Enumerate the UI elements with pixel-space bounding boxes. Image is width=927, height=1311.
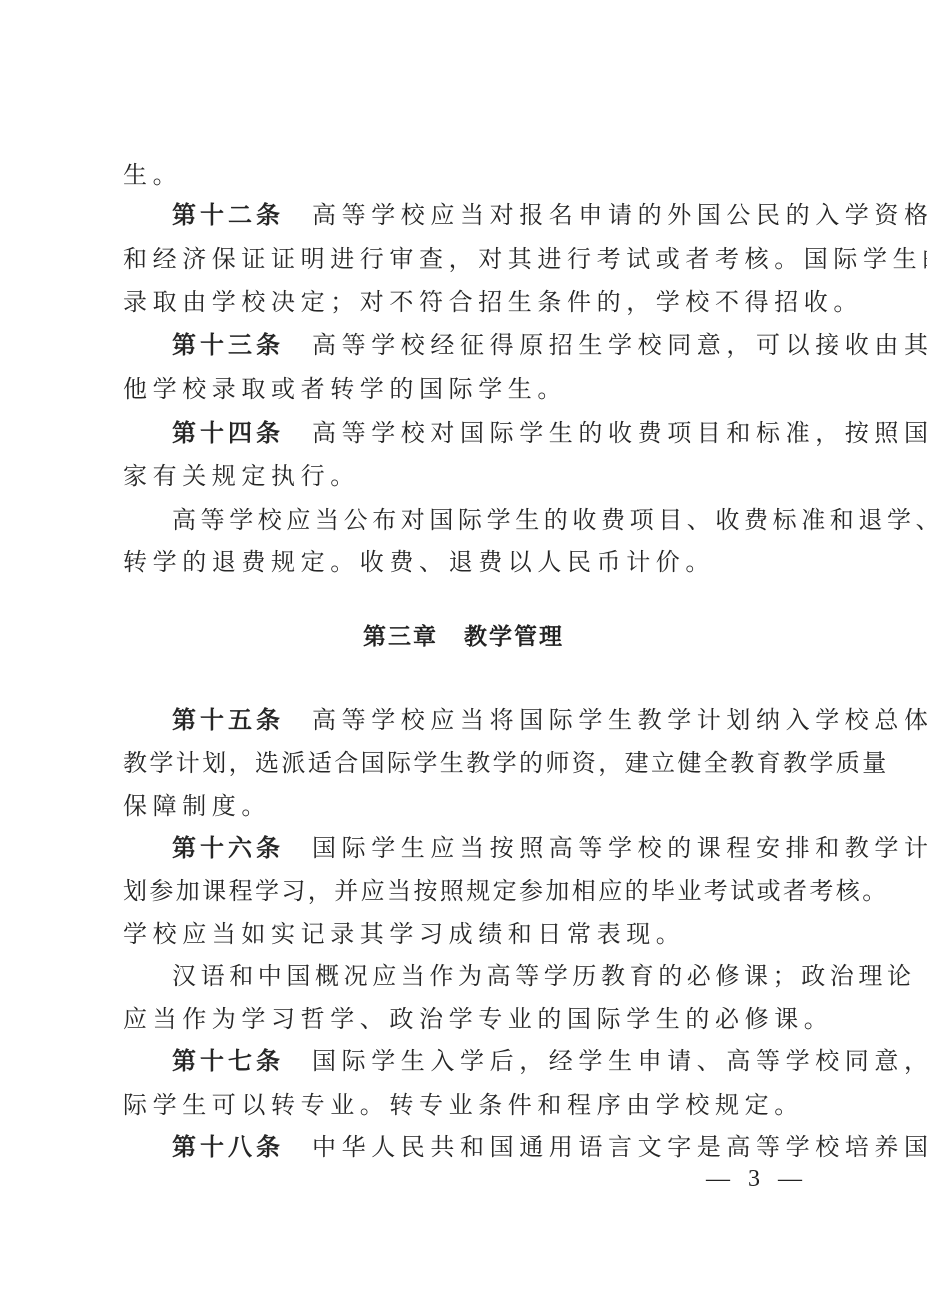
article-number: 第十八条 [172,1133,284,1161]
text-line: 生。 [123,160,803,190]
chapter-title: 教学管理 [464,624,564,650]
article-13-line: 第十三条高等学校经征得原招生学校同意，可以接收由其 [172,330,852,360]
text-line: 录取由学校决定；对不符合招生条件的，学校不得招收。 [123,287,803,317]
article-number: 第十七条 [172,1047,284,1075]
document-page: 生。 第十二条高等学校应当对报名申请的外国公民的入学资格 和经济保证证明进行审查… [0,0,927,1311]
article-number: 第十六条 [172,834,284,862]
text-line: 划参加课程学习，并应当按照规定参加相应的毕业考试或者考核。 [123,876,803,906]
chapter-number: 第三章 [363,624,438,650]
article-14-line: 第十四条高等学校对国际学生的收费项目和标准，按照国 [172,418,852,448]
text-line: 家有关规定执行。 [123,461,803,491]
article-18-line: 第十八条中华人民共和国通用语言文字是高等学校培养国 [172,1132,852,1162]
text-line: 应当作为学习哲学、政治学专业的国际学生的必修课。 [123,1004,803,1034]
text-line: 保障制度。 [123,791,803,821]
text-line: 学校应当如实记录其学习成绩和日常表现。 [123,919,803,949]
text-line: 汉语和中国概况应当作为高等学历教育的必修课；政治理论 [172,961,852,991]
article-number: 第十四条 [172,419,284,447]
article-16-line: 第十六条国际学生应当按照高等学校的课程安排和教学计 [172,833,852,863]
chapter-heading: 第三章教学管理 [0,618,927,651]
article-number: 第十五条 [172,706,284,734]
article-number: 第十三条 [172,331,284,359]
article-15-line: 第十五条高等学校应当将国际学生教学计划纳入学校总体 [172,705,852,735]
article-17-line: 第十七条国际学生入学后，经学生申请、高等学校同意，国 [172,1046,852,1076]
text-line: 际学生可以转专业。转专业条件和程序由学校规定。 [123,1090,803,1120]
text-line: 和经济保证证明进行审查，对其进行考试或者考核。国际学生的 [123,244,803,274]
text-line: 教学计划，选派适合国际学生教学的师资，建立健全教育教学质量 [123,748,803,778]
text-line: 他学校录取或者转学的国际学生。 [123,374,803,404]
article-12-line: 第十二条高等学校应当对报名申请的外国公民的入学资格 [172,200,852,230]
article-number: 第十二条 [172,201,284,229]
text-line: 高等学校应当公布对国际学生的收费项目、收费标准和退学、 [172,505,852,535]
text-line: 转学的退费规定。收费、退费以人民币计价。 [123,547,803,577]
page-number: — 3 — [706,1166,808,1193]
